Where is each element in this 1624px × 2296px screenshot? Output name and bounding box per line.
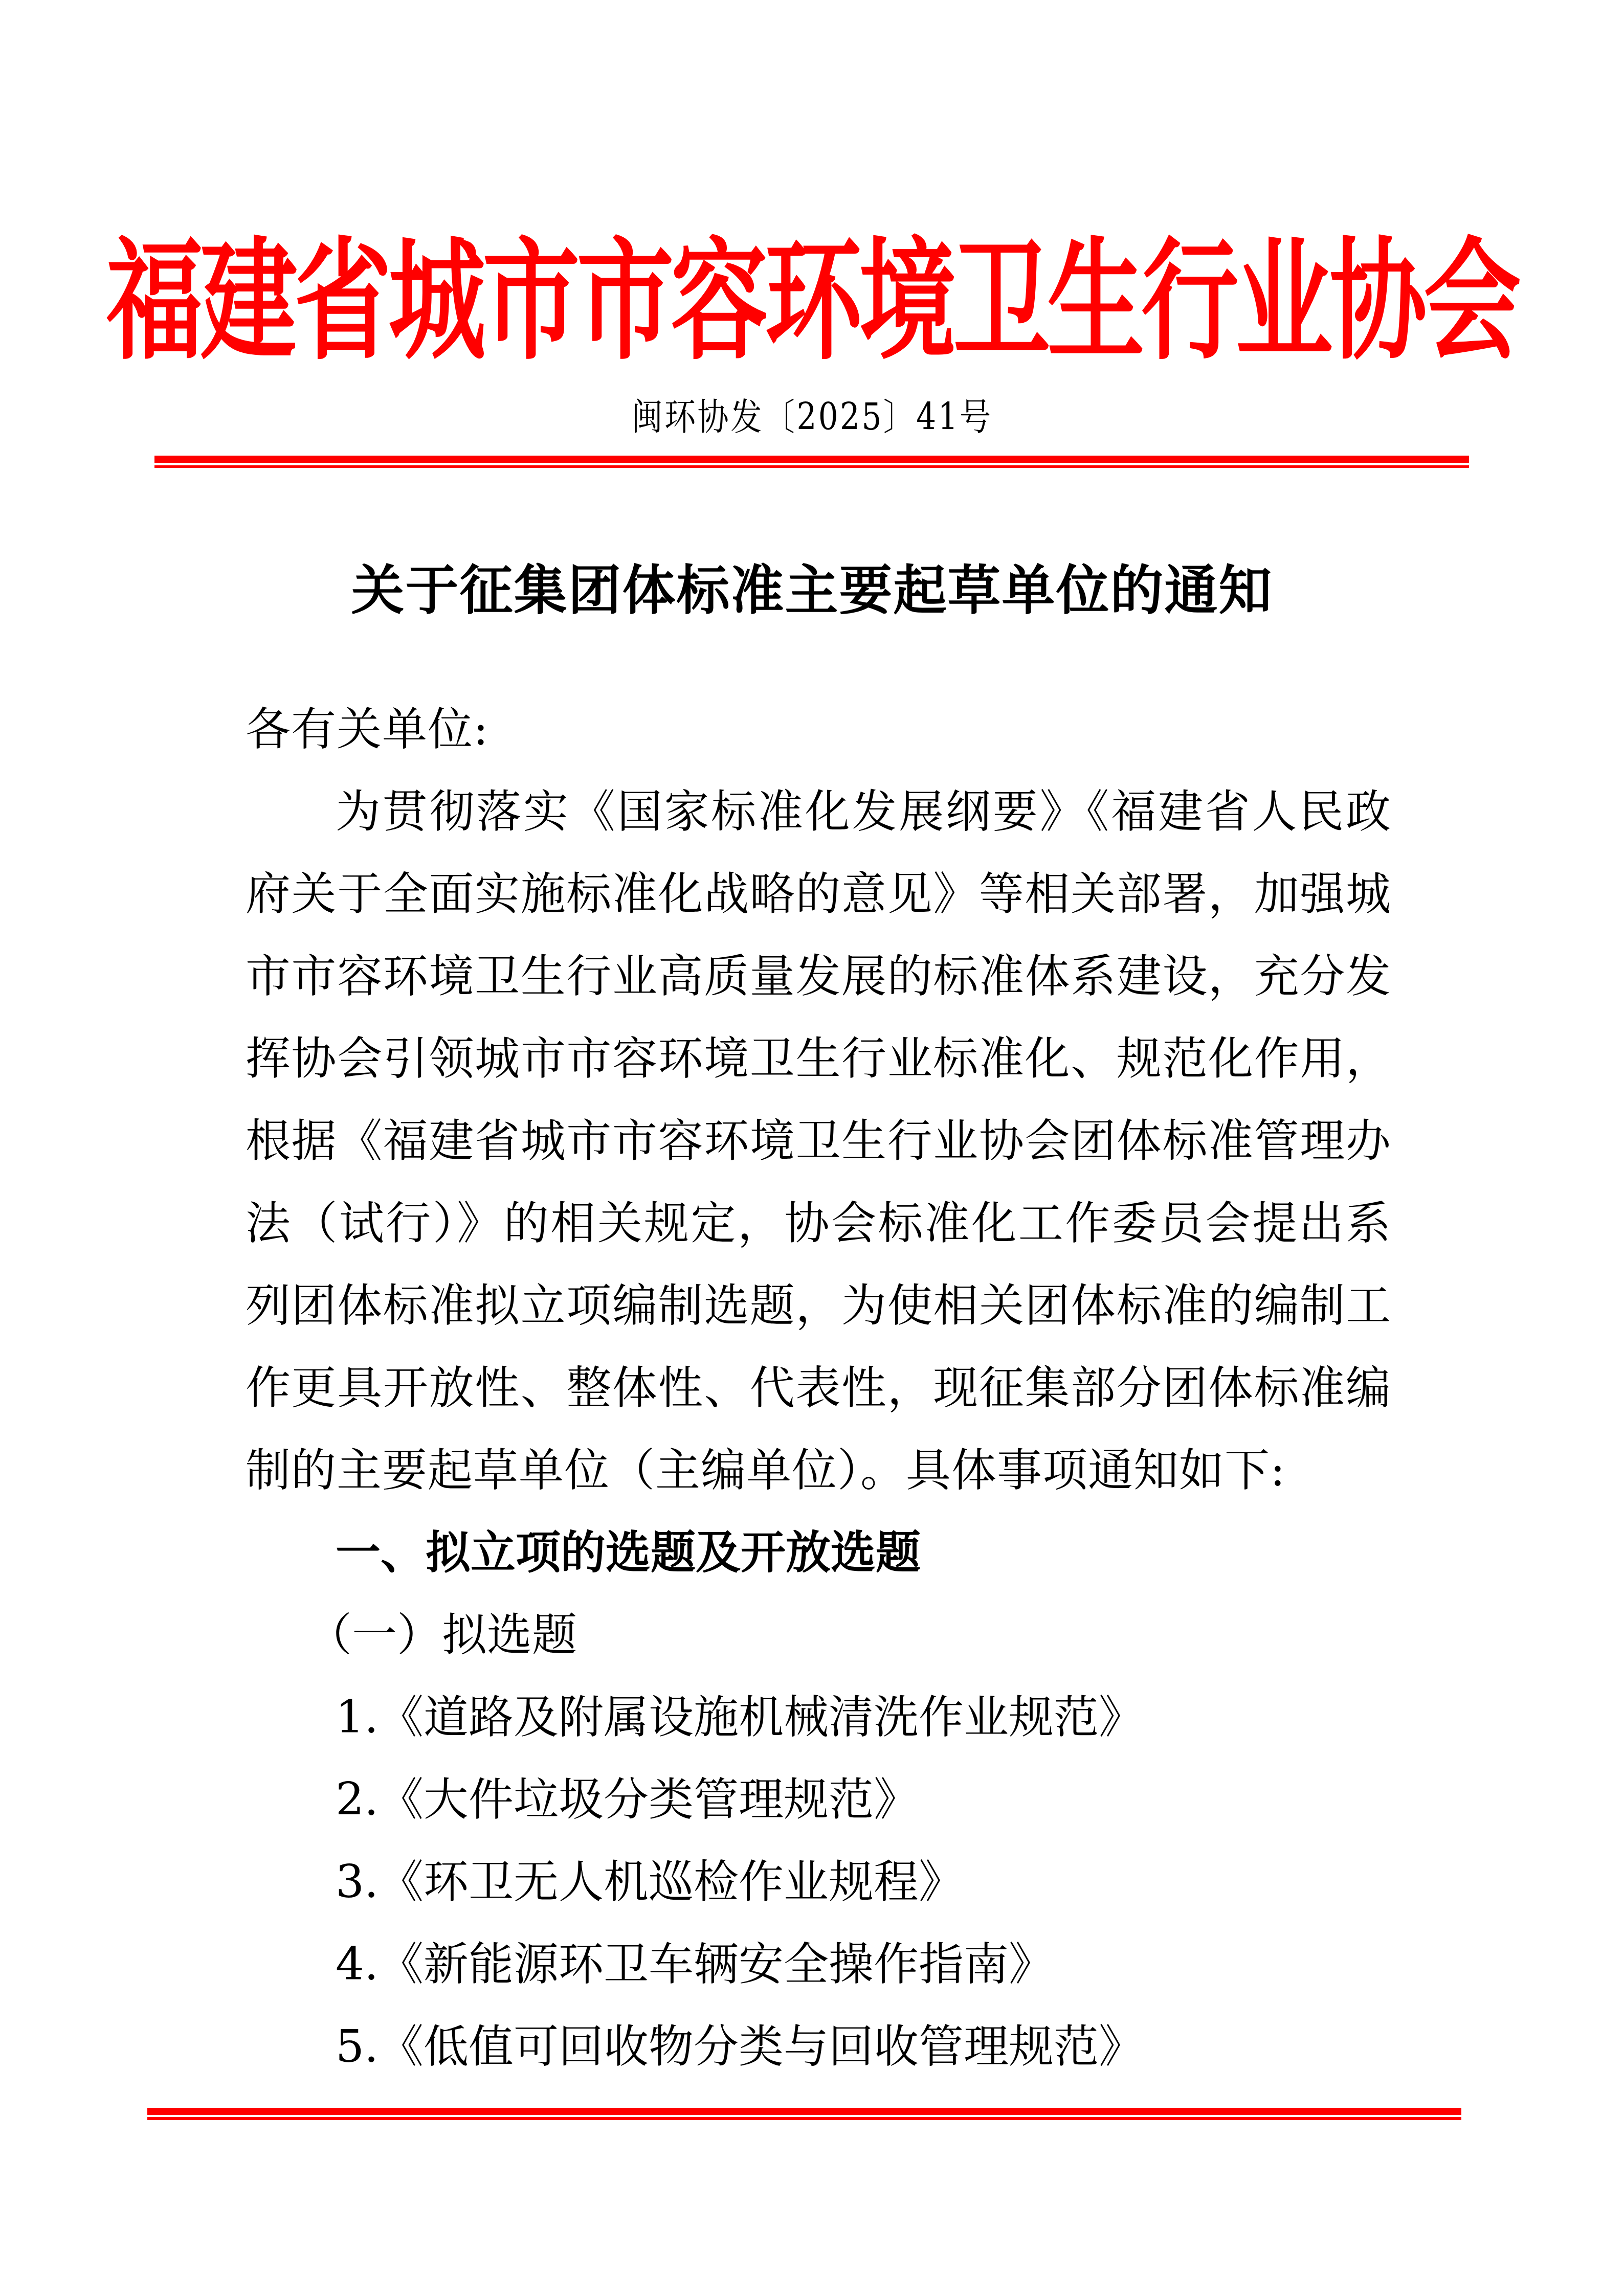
topic-item: 1.《道路及附属设施机械清洗作业规范》 — [336, 1676, 1144, 1758]
section-heading: 一、拟立项的选题及开放选题 — [336, 1511, 921, 1593]
header-divider-thick — [154, 456, 1469, 463]
topic-item: 4.《新能源环卫车辆安全操作指南》 — [336, 1923, 1144, 2005]
topic-list: 1.《道路及附属设施机械清洗作业规范》 2.《大件垃圾分类管理规范》 3.《环卫… — [336, 1676, 1144, 2087]
subsection-heading: （一）拟选题 — [307, 1593, 577, 1676]
topic-item: 2.《大件垃圾分类管理规范》 — [336, 1758, 1144, 1840]
salutation: 各有关单位: — [246, 688, 1391, 770]
footer-divider-thick — [147, 2108, 1461, 2115]
topic-item: 5.《低值可回收物分类与回收管理规范》 — [336, 2005, 1144, 2087]
document-number: 闽环协发〔2025〕41号 — [122, 394, 1502, 440]
organization-header: 福建省城市市容环境卫生行业协会 — [0, 198, 1624, 406]
body-paragraph: 为贯彻落实《国家标准化发展纲要》《福建省人民政府关于全面实施标准化战略的意见》等… — [246, 770, 1391, 1511]
notice-title: 关于征集团体标准主要起草单位的通知 — [0, 555, 1624, 626]
footer-divider-thin — [147, 2117, 1461, 2120]
header-divider-thin — [154, 465, 1469, 468]
topic-item: 3.《环卫无人机巡检作业规程》 — [336, 1840, 1144, 1923]
document-page: 福建省城市市容环境卫生行业协会 闽环协发〔2025〕41号 关于征集团体标准主要… — [0, 0, 1624, 2296]
